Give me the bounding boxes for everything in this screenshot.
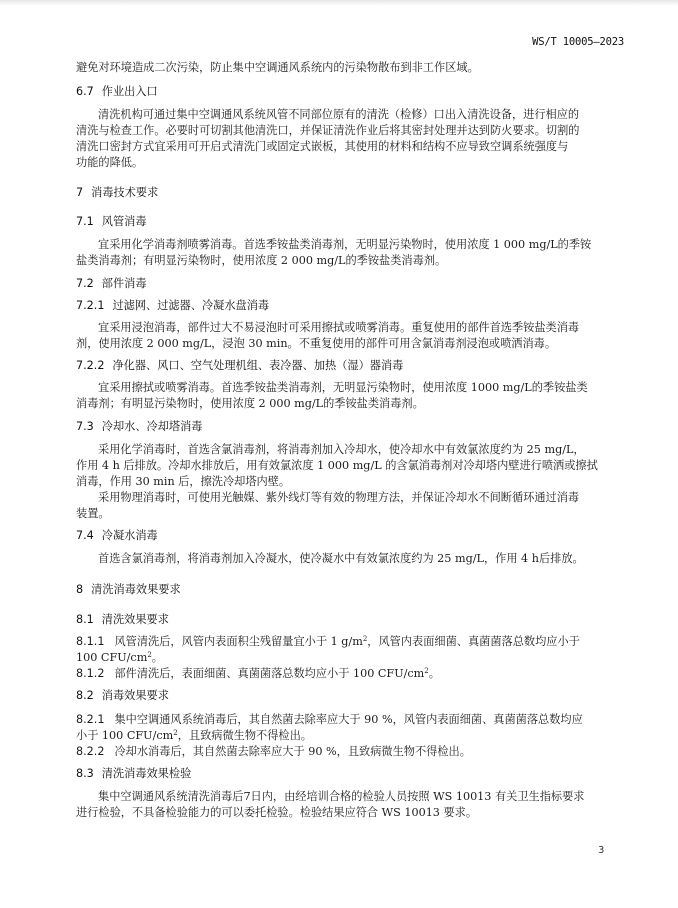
section-heading-8-1: 8.1清洗效果要求 bbox=[76, 613, 169, 627]
clause-8-2-1-continued: 小于 100 CFU/cm2，且致病微生物不得检出。 bbox=[76, 729, 312, 743]
section-heading-7-3: 7.3冷却水、冷却塔消毒 bbox=[76, 420, 203, 434]
clause-text: 风管清洗后，风管内表面积尘残留量宜小于 1 g/m bbox=[114, 635, 362, 648]
section-number: 7.4 bbox=[76, 529, 94, 543]
clause-8-1-1-continued: 100 CFU/cm2。 bbox=[76, 651, 163, 665]
clause-number: 8.1.1 bbox=[76, 635, 104, 649]
paragraph-line: 集中空调通风系统清洗消毒后7日内，由经培训合格的检验人员按照 WS 10013 … bbox=[98, 790, 584, 804]
paragraph-line: 首选含氯消毒剂，将消毒剂加入冷凝水，使冷凝水中有效氯浓度约为 25 mg/L，作… bbox=[98, 552, 584, 566]
paragraph-line: 避免对环境造成二次污染，防止集中空调通风系统内的污染物散布到非工作区域。 bbox=[76, 61, 479, 75]
paragraph-line: 采用物理消毒时，可使用光触媒、紫外线灯等有效的物理方法，并保证冷却水不间断循环通… bbox=[98, 491, 579, 505]
paragraph-line: 宜采用浸泡消毒，部件过大不易浸泡时可采用擦拭或喷雾消毒。重复使用的部件首选季铵盐… bbox=[98, 321, 579, 335]
section-title: 清洗消毒效果要求 bbox=[91, 583, 181, 596]
paragraph-line: 装置。 bbox=[76, 507, 110, 521]
page-number: 3 bbox=[598, 845, 604, 856]
section-number: 8.2 bbox=[76, 689, 94, 703]
section-title: 风管消毒 bbox=[102, 215, 147, 228]
clause-text: ，且致病微生物不得检出。 bbox=[178, 729, 312, 742]
section-heading-8: 8清洗消毒效果要求 bbox=[76, 583, 181, 597]
section-number: 7.2.2 bbox=[76, 359, 104, 373]
section-heading-7-4: 7.4冷凝水消毒 bbox=[76, 529, 158, 543]
paragraph-line: 采用化学消毒时，首选含氯消毒剂，将消毒剂加入冷却水，使冷却水中有效氯浓度约为 2… bbox=[98, 443, 585, 457]
section-title: 净化器、风口、空气处理机组、表冷器、加热（湿）器消毒 bbox=[112, 359, 403, 372]
section-number: 7 bbox=[76, 186, 83, 200]
section-number: 7.1 bbox=[76, 215, 94, 229]
section-heading-6-7: 6.7作业出入口 bbox=[76, 85, 158, 99]
clause-text: 冷却水消毒后，其自然菌去除率应大于 90 %，且致病微生物不得检出。 bbox=[114, 745, 470, 758]
clause-8-2-2: 8.2.2冷却水消毒后，其自然菌去除率应大于 90 %，且致病微生物不得检出。 bbox=[76, 745, 471, 759]
section-title: 过滤网、过滤器、冷凝水盘消毒 bbox=[112, 299, 269, 312]
clause-number: 8.1.2 bbox=[76, 667, 104, 681]
section-number: 7.3 bbox=[76, 420, 94, 434]
section-heading-7: 7消毒技术要求 bbox=[76, 186, 158, 200]
clause-text: 。 bbox=[429, 667, 440, 680]
section-title: 作业出入口 bbox=[102, 85, 158, 98]
section-heading-8-3: 8.3清洗消毒效果检验 bbox=[76, 767, 191, 781]
standard-code-header: WS/T 10005—2023 bbox=[532, 36, 624, 48]
clause-number: 8.2.2 bbox=[76, 745, 104, 759]
clause-text: ，风管内表面细菌、真菌菌落总数均应小于 bbox=[367, 635, 580, 648]
paragraph-line: 宜采用化学消毒剂喷雾消毒。首选季铵盐类消毒剂，无明显污染物时，使用浓度 1 00… bbox=[98, 238, 591, 252]
clause-8-1-2: 8.1.2部件清洗后，表面细菌、真菌菌落总数均应小于 100 CFU/cm2。 bbox=[76, 667, 440, 681]
section-number: 8.1 bbox=[76, 613, 94, 627]
clause-text: 。 bbox=[152, 651, 163, 664]
section-heading-8-2: 8.2消毒效果要求 bbox=[76, 689, 169, 703]
paragraph-line: 剂，使用浓度 2 000 mg/L，浸泡 30 min。不重复使用的部件可用含氯… bbox=[76, 337, 556, 351]
section-title: 冷却水、冷却塔消毒 bbox=[102, 420, 203, 433]
clause-text: 部件清洗后，表面细菌、真菌菌落总数均应小于 100 CFU/cm bbox=[114, 667, 424, 680]
section-number: 8 bbox=[76, 583, 83, 597]
section-title: 消毒效果要求 bbox=[102, 689, 169, 702]
page-top-edge bbox=[0, 0, 678, 6]
paragraph-line: 清洗机构可通过集中空调通风系统风管不同部位原有的清洗（检修）口出入清洗设备，进行… bbox=[98, 108, 579, 122]
section-title: 清洗消毒效果检验 bbox=[102, 767, 192, 780]
clause-8-2-1: 8.2.1集中空调通风系统消毒后，其自然菌去除率应大于 90 %，风管内表面细菌… bbox=[76, 713, 583, 727]
section-heading-7-2: 7.2部件消毒 bbox=[76, 277, 147, 291]
section-number: 7.2 bbox=[76, 277, 94, 291]
section-title: 消毒技术要求 bbox=[91, 186, 158, 199]
paragraph-line: 清洗口密封方式宜采用可开启式清洗门或固定式嵌板，其使用的材料和结构不应导致空调系… bbox=[76, 140, 568, 154]
section-number: 7.2.1 bbox=[76, 299, 104, 313]
clause-text: 集中空调通风系统消毒后，其自然菌去除率应大于 90 %，风管内表面细菌、真菌菌落… bbox=[114, 713, 582, 726]
paragraph-line: 清洗与检查工作。必要时可切割其他清洗口，并保证清洗作业后将其密封处理并达到防火要… bbox=[76, 124, 579, 138]
paragraph-line: 功能的降低。 bbox=[76, 156, 143, 170]
clause-number: 8.2.1 bbox=[76, 713, 104, 727]
paragraph-line: 进行检验，不具备检验能力的可以委托检验。检验结果应符合 WS 10013 要求。 bbox=[76, 806, 477, 820]
paragraph-line: 盐类消毒剂；有明显污染物时，使用浓度 2 000 mg/L的季铵盐类消毒剂。 bbox=[76, 254, 446, 268]
paragraph-line: 消毒，作用 30 min 后，擦洗冷却塔内壁。 bbox=[76, 475, 290, 489]
section-title: 清洗效果要求 bbox=[102, 613, 169, 626]
clause-text: 100 CFU/cm bbox=[76, 651, 147, 664]
clause-text: 小于 100 CFU/cm bbox=[76, 729, 173, 742]
section-number: 6.7 bbox=[76, 85, 94, 99]
section-title: 部件消毒 bbox=[102, 277, 147, 290]
clause-8-1-1: 8.1.1风管清洗后，风管内表面积尘残留量宜小于 1 g/m2，风管内表面细菌、… bbox=[76, 635, 580, 649]
paragraph-line: 作用 4 h 后排放。冷却水排放后，用有效氯浓度 1 000 mg/L 的含氯消… bbox=[76, 459, 598, 473]
section-heading-7-2-1: 7.2.1过滤网、过滤器、冷凝水盘消毒 bbox=[76, 299, 269, 313]
section-number: 8.3 bbox=[76, 767, 94, 781]
section-heading-7-2-2: 7.2.2净化器、风口、空气处理机组、表冷器、加热（湿）器消毒 bbox=[76, 359, 403, 373]
section-title: 冷凝水消毒 bbox=[102, 529, 158, 542]
paragraph-line: 消毒剂；有明显污染物时，使用浓度 2 000 mg/L的季铵盐类消毒剂。 bbox=[76, 397, 424, 411]
paragraph-line: 宜采用擦拭或喷雾消毒。首选季铵盐类消毒剂，无明显污染物时，使用浓度 1000 m… bbox=[98, 381, 588, 395]
section-heading-7-1: 7.1风管消毒 bbox=[76, 215, 147, 229]
